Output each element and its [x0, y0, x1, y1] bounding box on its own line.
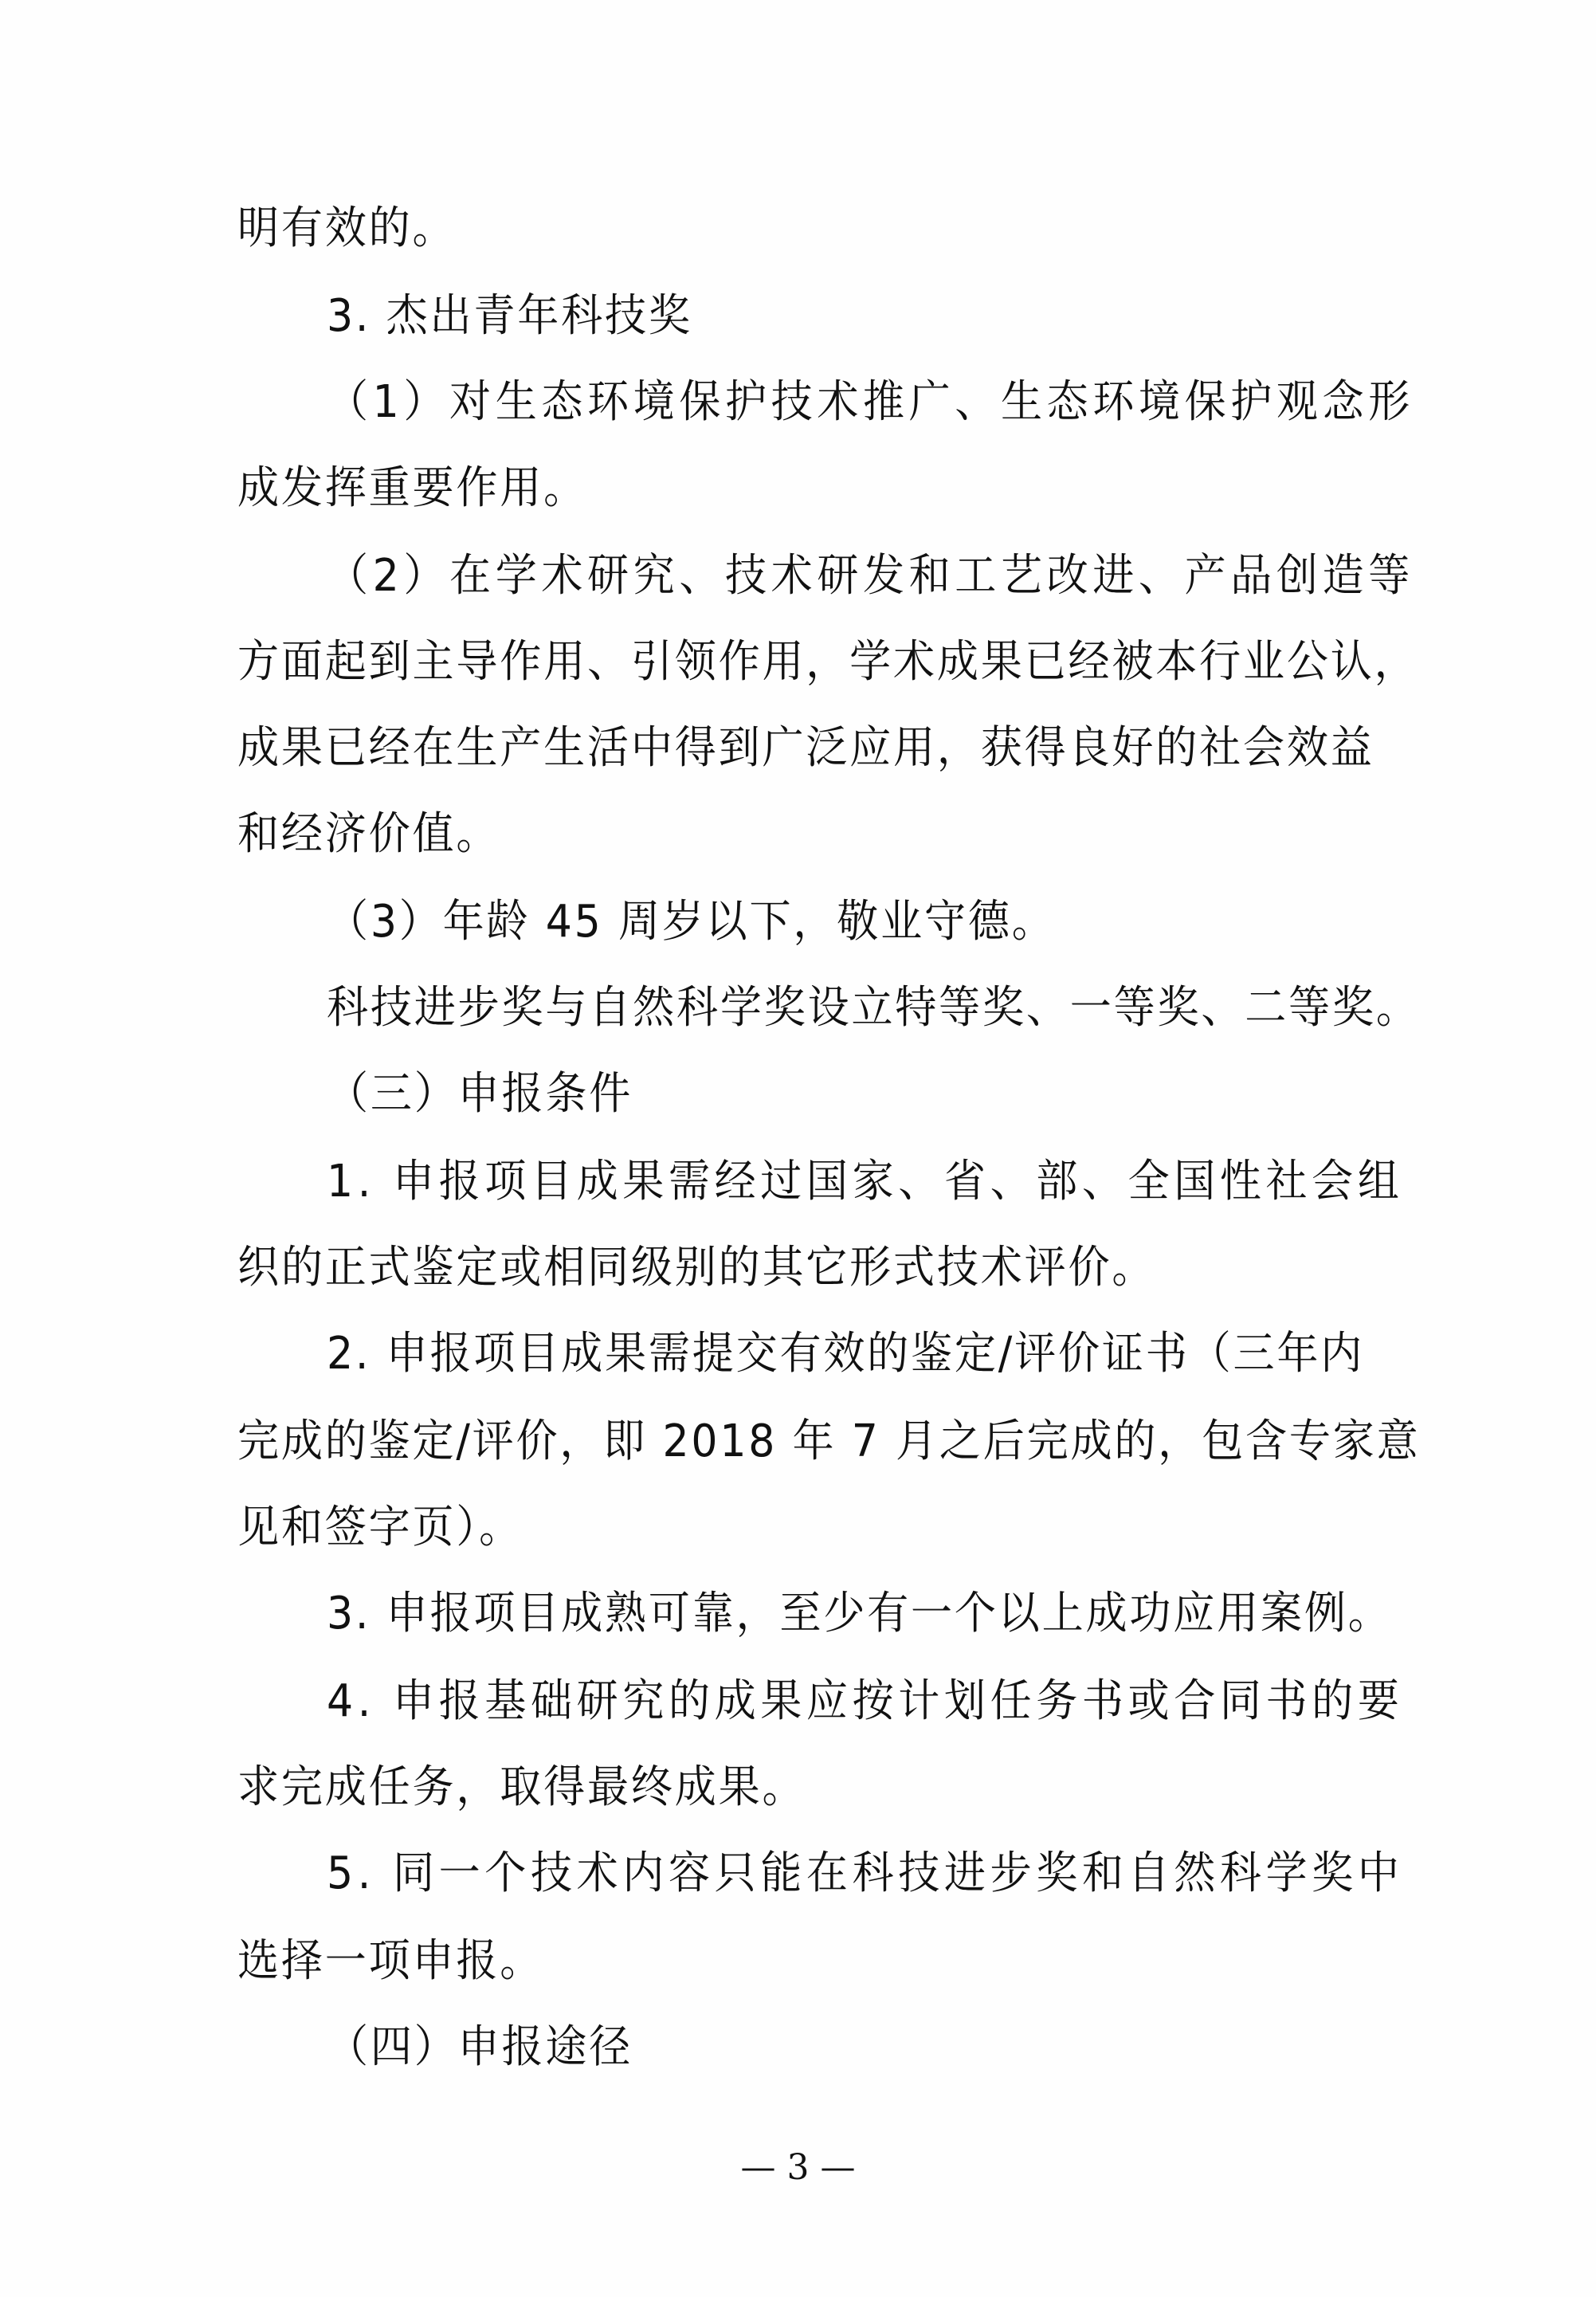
- paragraph-line: 方面起到主导作用、引领作用，学术成果已经被本行业公认，: [237, 634, 1304, 690]
- page-number: — 3 —: [0, 2144, 1596, 2192]
- paragraph-line: 织的正式鉴定或相同级别的其它形式技术评价。: [237, 1240, 1304, 1296]
- paragraph-line: 科技进步奖与自然科学奖设立特等奖、一等奖、二等奖。: [327, 980, 1394, 1036]
- paragraph-line: （1）对生态环境保护技术推广、生态环境保护观念形: [327, 375, 1394, 430]
- paragraph-line: 和经济价值。: [237, 807, 1304, 862]
- paragraph-line: 2. 申报项目成果需提交有效的鉴定/评价证书（三年内: [327, 1326, 1394, 1382]
- paragraph-line: 1. 申报项目成果需经过国家、省、部、全国性社会组: [327, 1154, 1394, 1210]
- paragraph-line: 明有效的。: [237, 201, 1304, 257]
- paragraph-line: 成发挥重要作用。: [237, 461, 1304, 516]
- document-page: 明有效的。 3. 杰出青年科技奖 （1）对生态环境保护技术推广、生态环境保护观念…: [0, 0, 1596, 2297]
- paragraph-line: 选择一项申报。: [237, 1934, 1304, 1989]
- paragraph-line: （3）年龄 45 周岁以下，敬业守德。: [327, 894, 1394, 950]
- paragraph-line: 5. 同一个技术内容只能在科技进步奖和自然科学奖中: [327, 1846, 1394, 1902]
- paragraph-line: 见和签字页）。: [237, 1500, 1304, 1556]
- paragraph-line: 求完成任务，取得最终成果。: [237, 1760, 1304, 1816]
- section-heading: 3. 杰出青年科技奖: [327, 289, 1394, 344]
- paragraph-line: 3. 申报项目成熟可靠，至少有一个以上成功应用案例。: [327, 1586, 1394, 1642]
- section-heading: （三）申报条件: [327, 1066, 1394, 1122]
- paragraph-line: （2）在学术研究、技术研发和工艺改进、产品创造等: [327, 548, 1394, 604]
- paragraph-line: 成果已经在生产生活中得到广泛应用，获得良好的社会效益: [237, 721, 1304, 776]
- paragraph-line: 完成的鉴定/评价，即 2018 年 7 月之后完成的，包含专家意: [237, 1414, 1304, 1470]
- section-heading: （四）申报途径: [327, 2020, 1394, 2075]
- paragraph-line: 4. 申报基础研究的成果应按计划任务书或合同书的要: [327, 1674, 1394, 1730]
